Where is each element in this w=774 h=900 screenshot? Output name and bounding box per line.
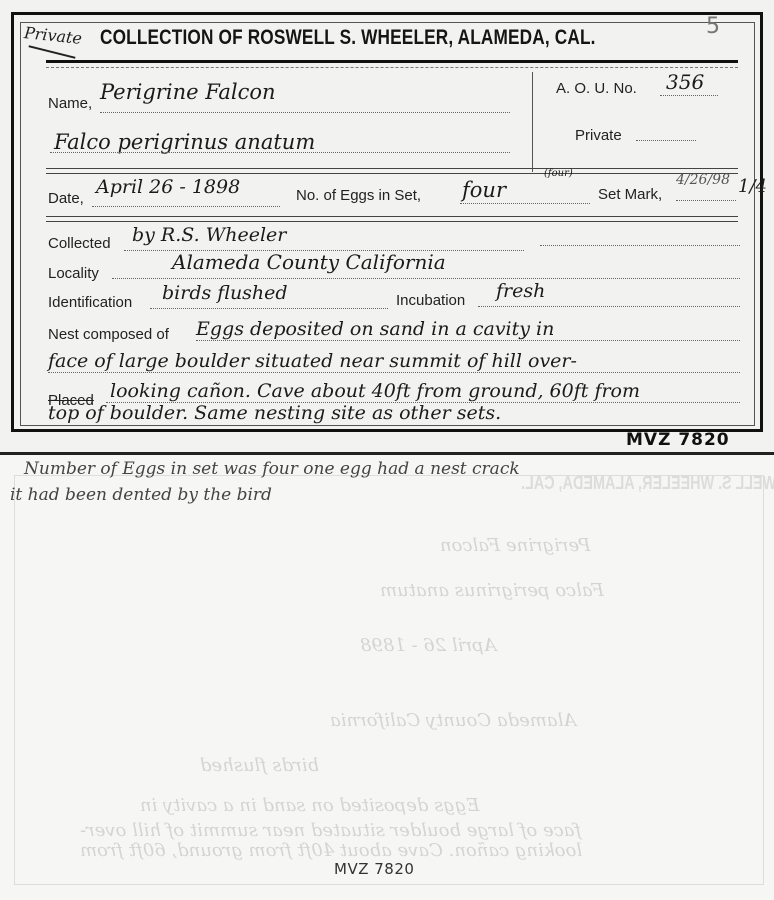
ghost-nest-3: looking cañon. Cave about 40ft from grou… — [80, 840, 582, 861]
rule-below-date — [46, 216, 738, 222]
collected-label: Collected — [48, 235, 111, 252]
ghost-locality: Alameda County California — [330, 710, 576, 731]
back-note-line-1: Number of Eggs in set was four one egg h… — [24, 459, 520, 479]
collected-dotted-line-2 — [540, 245, 740, 246]
aou-value: 356 — [666, 70, 704, 94]
date-dotted-line — [92, 206, 280, 207]
ghost-scientific-name: Falco perigrinus anatum — [380, 580, 604, 601]
ghost-date: April 26 - 1898 — [360, 635, 497, 656]
aou-label: A. O. U. No. — [556, 80, 637, 97]
set-mark-label: Set Mark, — [598, 186, 662, 203]
identification-value: birds flushed — [162, 282, 288, 304]
set-mark-dotted-line — [676, 200, 736, 201]
catalog-number-bottom: MVZ 7820 — [334, 860, 414, 878]
nest-line-2: face of large boulder situated near summ… — [48, 350, 577, 372]
incubation-dotted-line — [478, 306, 740, 307]
eggs-label: No. of Eggs in Set, — [296, 187, 421, 204]
locality-label: Locality — [48, 265, 99, 282]
corner-number: 5 — [706, 14, 720, 39]
date-label: Date, — [48, 190, 84, 207]
eggs-value: four — [462, 178, 506, 202]
nest-line-4: top of boulder. Same nesting site as oth… — [48, 402, 501, 424]
set-mark-fraction: 1/4 — [738, 176, 767, 197]
nest-dotted-line-1 — [196, 340, 740, 341]
ghost-identification: birds flushed — [200, 755, 319, 776]
nest-line-1: Eggs deposited on sand in a cavity in — [196, 318, 554, 340]
specimen-card-front: Private COLLECTION OF ROSWELL S. WHEELER… — [0, 0, 774, 455]
nest-dotted-line-2 — [48, 372, 740, 373]
ghost-nest-1: Eggs deposited on sand in a cavity in — [140, 795, 480, 816]
locality-dotted-line — [112, 278, 740, 279]
aou-dotted-line — [660, 95, 718, 96]
incubation-value: fresh — [496, 280, 545, 302]
specimen-card-back: Number of Eggs in set was four one egg h… — [0, 455, 774, 900]
nest-line-3: looking cañon. Cave about 40ft from grou… — [110, 380, 640, 402]
ghost-name: Perigrine Falcon — [440, 535, 590, 556]
name-value: Perigrine Falcon — [100, 80, 276, 104]
nest-label: Nest composed of — [48, 326, 169, 343]
eggs-annotation: (four) — [544, 168, 573, 179]
header-rule — [46, 60, 738, 63]
set-mark-value: 4/26/98 — [676, 172, 730, 188]
date-value: April 26 - 1898 — [96, 176, 240, 198]
ghost-nest-2: face of large boulder situated near summ… — [80, 820, 581, 841]
eggs-dotted-line — [460, 203, 590, 204]
private-label: Private — [575, 127, 622, 144]
incubation-label: Incubation — [396, 292, 465, 309]
identification-dotted-line — [150, 308, 388, 309]
rule-above-date — [46, 168, 738, 174]
private-dotted-line — [636, 140, 696, 141]
name-dotted-line — [100, 112, 510, 113]
card-title: COLLECTION OF ROSWELL S. WHEELER, ALAMED… — [100, 26, 596, 50]
scientific-name-dotted-line — [50, 152, 510, 153]
aou-box-divider — [532, 72, 533, 172]
scientific-name-value: Falco perigrinus anatum — [54, 130, 315, 154]
identification-label: Identification — [48, 294, 132, 311]
ghost-header: COLLECTION OF ROSWELL S. WHEELER, ALAMED… — [521, 473, 774, 494]
collected-value: by R.S. Wheeler — [132, 224, 286, 246]
catalog-number-top: MVZ 7820 — [626, 430, 730, 450]
back-note-line-2: it had been dented by the bird — [10, 485, 272, 505]
locality-value: Alameda County California — [172, 250, 446, 274]
name-label: Name, — [48, 95, 92, 112]
header-rule-thin — [46, 67, 738, 69]
